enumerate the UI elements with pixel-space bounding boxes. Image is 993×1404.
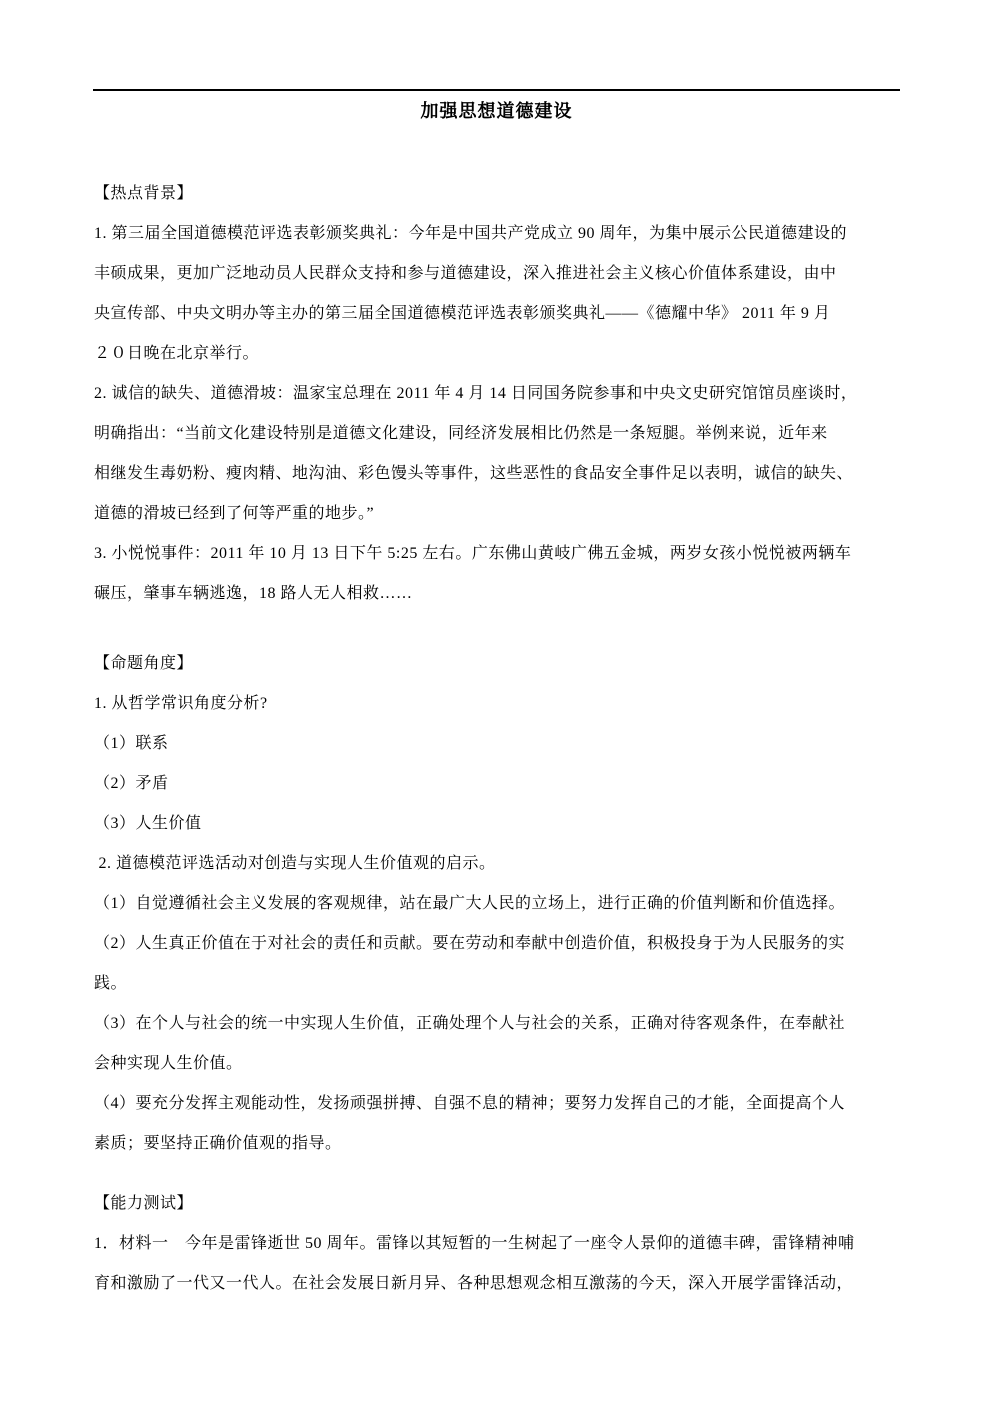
paragraph-line: 3. 小悦悦事件：2011 年 10 月 13 日下午 5:25 左右。广东佛山… <box>94 534 901 574</box>
section: 【命题角度】1. 从哲学常识角度分析?（1）联系（2）矛盾（3）人生价值 2. … <box>94 644 901 1164</box>
paragraph-line: 丰硕成果，更加广泛地动员人民群众支持和参与道德建设，深入推进社会主义核心价值体系… <box>94 254 901 294</box>
paragraph-line: （3）在个人与社会的统一中实现人生价值，正确处理个人与社会的关系，正确对待客观条… <box>94 1004 901 1044</box>
paragraph-line: （1）自觉遵循社会主义发展的客观规律，站在最广大人民的立场上，进行正确的价值判断… <box>94 884 901 924</box>
document-body: 【热点背景】1. 第三届全国道德模范评选表彰颁奖典礼：今年是中国共产党成立 90… <box>94 174 901 1304</box>
paragraph-line: 会种实现人生价值。 <box>94 1044 901 1084</box>
page-title: 加强思想道德建设 <box>0 99 993 123</box>
paragraph-line: 育和激励了一代又一代人。在社会发展日新月异、各种思想观念相互激荡的今天，深入开展… <box>94 1264 901 1304</box>
paragraph-line: 明确指出：“当前文化建设特别是道德文化建设，同经济发展相比仍然是一条短腿。举例来… <box>94 414 901 454</box>
paragraph-line: （1）联系 <box>94 724 901 764</box>
paragraph-line: 践。 <box>94 964 901 1004</box>
section-heading: 【热点背景】 <box>94 174 901 214</box>
section-heading: 【能力测试】 <box>94 1184 901 1224</box>
paragraph-line: 碾压，肇事车辆逃逸，18 路人无人相救…… <box>94 574 901 614</box>
section-heading: 【命题角度】 <box>94 644 901 684</box>
header-rule <box>93 89 900 91</box>
paragraph-line: 道德的滑坡已经到了何等严重的地步。” <box>94 494 901 534</box>
paragraph-line: ２０日晚在北京举行。 <box>94 334 901 374</box>
paragraph-line: 相继发生毒奶粉、瘦肉精、地沟油、彩色馒头等事件，这些恶性的食品安全事件足以表明，… <box>94 454 901 494</box>
paragraph-line: 央宣传部、中央文明办等主办的第三届全国道德模范评选表彰颁奖典礼——《德耀中华》 … <box>94 294 901 334</box>
section: 【热点背景】1. 第三届全国道德模范评选表彰颁奖典礼：今年是中国共产党成立 90… <box>94 174 901 614</box>
paragraph-line: （2）人生真正价值在于对社会的责任和贡献。要在劳动和奉献中创造价值，积极投身于为… <box>94 924 901 964</box>
paragraph-line: （4）要充分发挥主观能动性，发扬顽强拼搏、自强不息的精神；要努力发挥自己的才能，… <box>94 1084 901 1124</box>
paragraph-line: （2）矛盾 <box>94 764 901 804</box>
paragraph-line: 2. 道德模范评选活动对创造与实现人生价值观的启示。 <box>94 844 901 884</box>
section: 【能力测试】1．材料一 今年是雷锋逝世 50 周年。雷锋以其短暂的一生树起了一座… <box>94 1184 901 1304</box>
paragraph-line: 1．材料一 今年是雷锋逝世 50 周年。雷锋以其短暂的一生树起了一座令人景仰的道… <box>94 1224 901 1264</box>
document-page: 加强思想道德建设 【热点背景】1. 第三届全国道德模范评选表彰颁奖典礼：今年是中… <box>0 0 993 1404</box>
paragraph-line: 素质；要坚持正确价值观的指导。 <box>94 1124 901 1164</box>
paragraph-line: 1. 第三届全国道德模范评选表彰颁奖典礼：今年是中国共产党成立 90 周年，为集… <box>94 214 901 254</box>
paragraph-line: 2. 诚信的缺失、道德滑坡：温家宝总理在 2011 年 4 月 14 日同国务院… <box>94 374 901 414</box>
paragraph-line: 1. 从哲学常识角度分析? <box>94 684 901 724</box>
paragraph-line: （3）人生价值 <box>94 804 901 844</box>
